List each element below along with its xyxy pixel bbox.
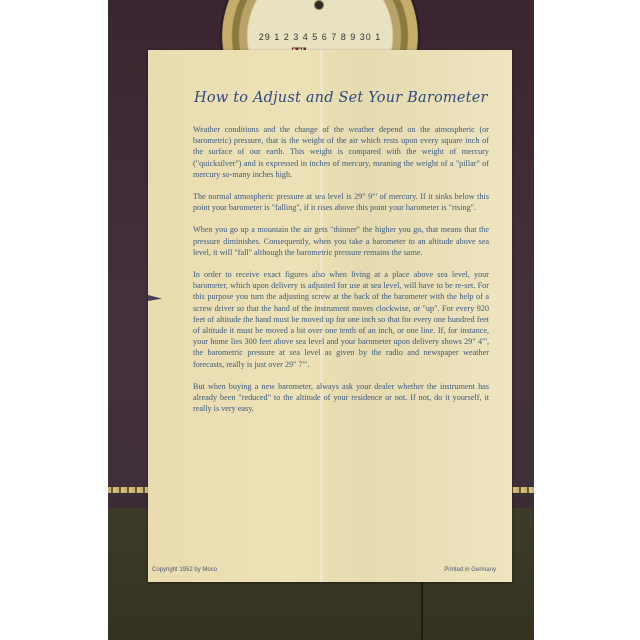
document-title: How to Adjust and Set Your Barometer <box>194 90 494 106</box>
paragraph-normal-pressure: The normal atmospheric pressure at sea l… <box>193 191 489 213</box>
instruction-sheet: How to Adjust and Set Your Barometer Wea… <box>148 50 512 582</box>
printed-in-footer: Printed in Germany <box>444 567 496 573</box>
gauge-scale: 29 1 2 3 4 5 6 7 8 9 30 1 <box>252 32 388 42</box>
paragraph-atmospheric-pressure: Weather conditions and the change of the… <box>193 124 489 180</box>
paragraph-altitude: When you go up a mountain the air gets "… <box>193 224 489 258</box>
paragraph-reset-instructions: In order to receive exact figures also w… <box>193 269 489 370</box>
paragraph-buying-advice: But when buying a new barometer, always … <box>193 381 489 415</box>
screw-icon <box>314 0 324 10</box>
panel-seam <box>421 580 423 640</box>
copyright-footer: Copyright 1952 by Moco <box>152 567 217 573</box>
document-body: Weather conditions and the change of the… <box>193 124 489 425</box>
